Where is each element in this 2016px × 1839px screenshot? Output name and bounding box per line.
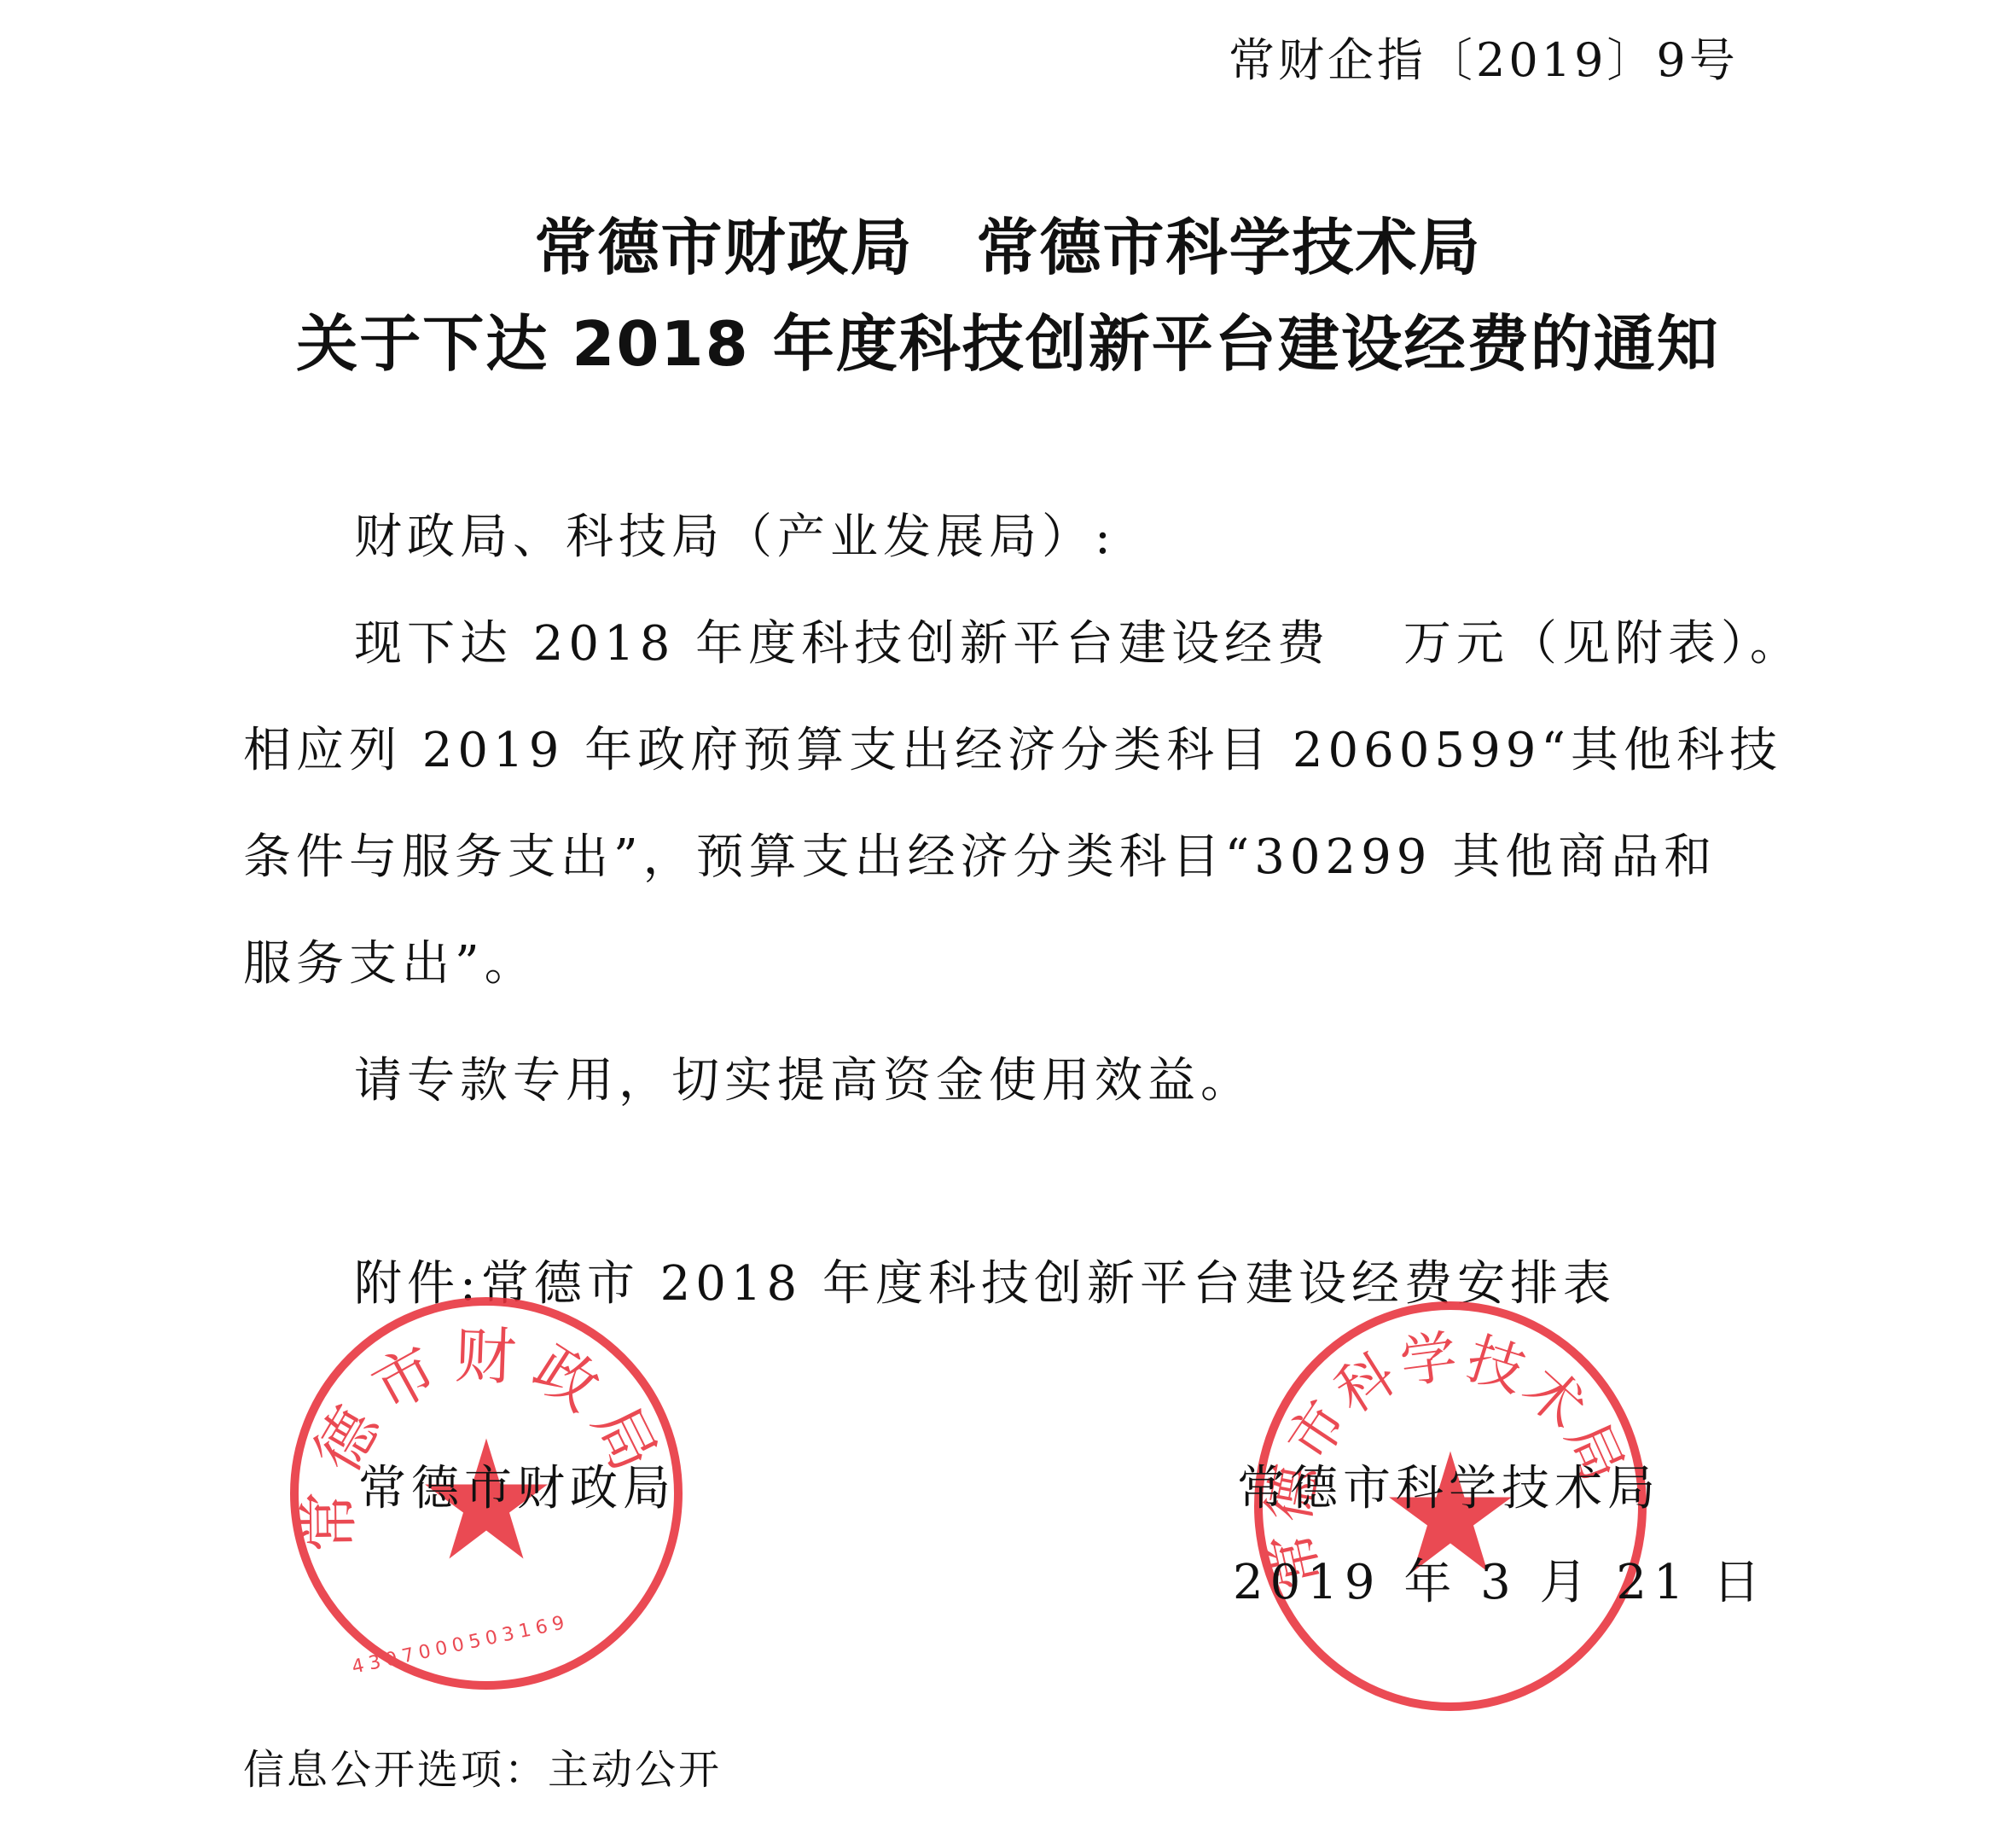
document-title-line1: 常德市财政局 常德市科学技术局 xyxy=(0,198,2016,287)
salutation: 财政局、科技局（产业发展局）: xyxy=(354,499,1116,567)
disclosure-option: 信息公开选项：主动公开 xyxy=(243,1737,722,1795)
document-title-line2: 关于下达 2018 年度科技创新平台建设经费的通知 xyxy=(0,294,2016,383)
signature-science-bureau: 常德市科学技术局 xyxy=(1237,1451,1660,1519)
signature-date: 2019 年 3 月 21 日 xyxy=(1233,1545,1767,1613)
paragraph1-line4: 服务支出”。 xyxy=(243,926,537,994)
signature-finance-bureau: 常德市财政局 xyxy=(358,1451,676,1519)
paragraph1-line2: 相应列 2019 年政府预算支出经济分类科目 2060599“其他科技 xyxy=(243,713,1782,781)
document-number: 常财企指〔2019〕9号 xyxy=(1229,24,1739,90)
paragraph2: 请专款专用，切实提高资金使用效益。 xyxy=(354,1043,1253,1111)
paragraph1-line1: 现下达 2018 年度科技创新平台建设经费 万元（见附表）。 xyxy=(354,606,1803,674)
paragraph1-line3: 条件与服务支出”，预算支出经济分类科目“30299 其他商品和 xyxy=(243,819,1717,887)
